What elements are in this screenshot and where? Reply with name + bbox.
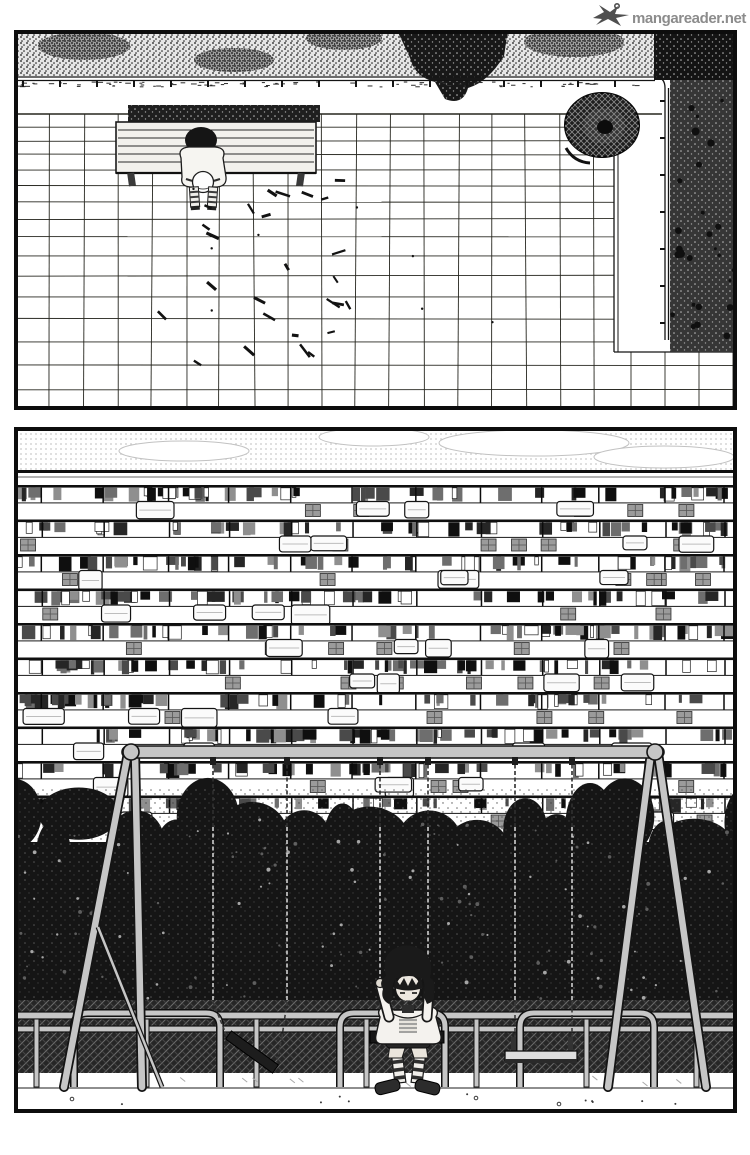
site-watermark-text: mangareader.net <box>632 4 746 27</box>
manga-page: mangareader.net <box>0 0 750 1155</box>
panel-playground-svg <box>14 427 737 1113</box>
panel-apartment-playground <box>14 427 737 1113</box>
site-watermark: mangareader.net <box>591 2 746 28</box>
site-logo-icon <box>591 2 631 28</box>
panel-plaza-overhead <box>14 30 737 410</box>
panel-plaza-svg <box>14 30 737 410</box>
